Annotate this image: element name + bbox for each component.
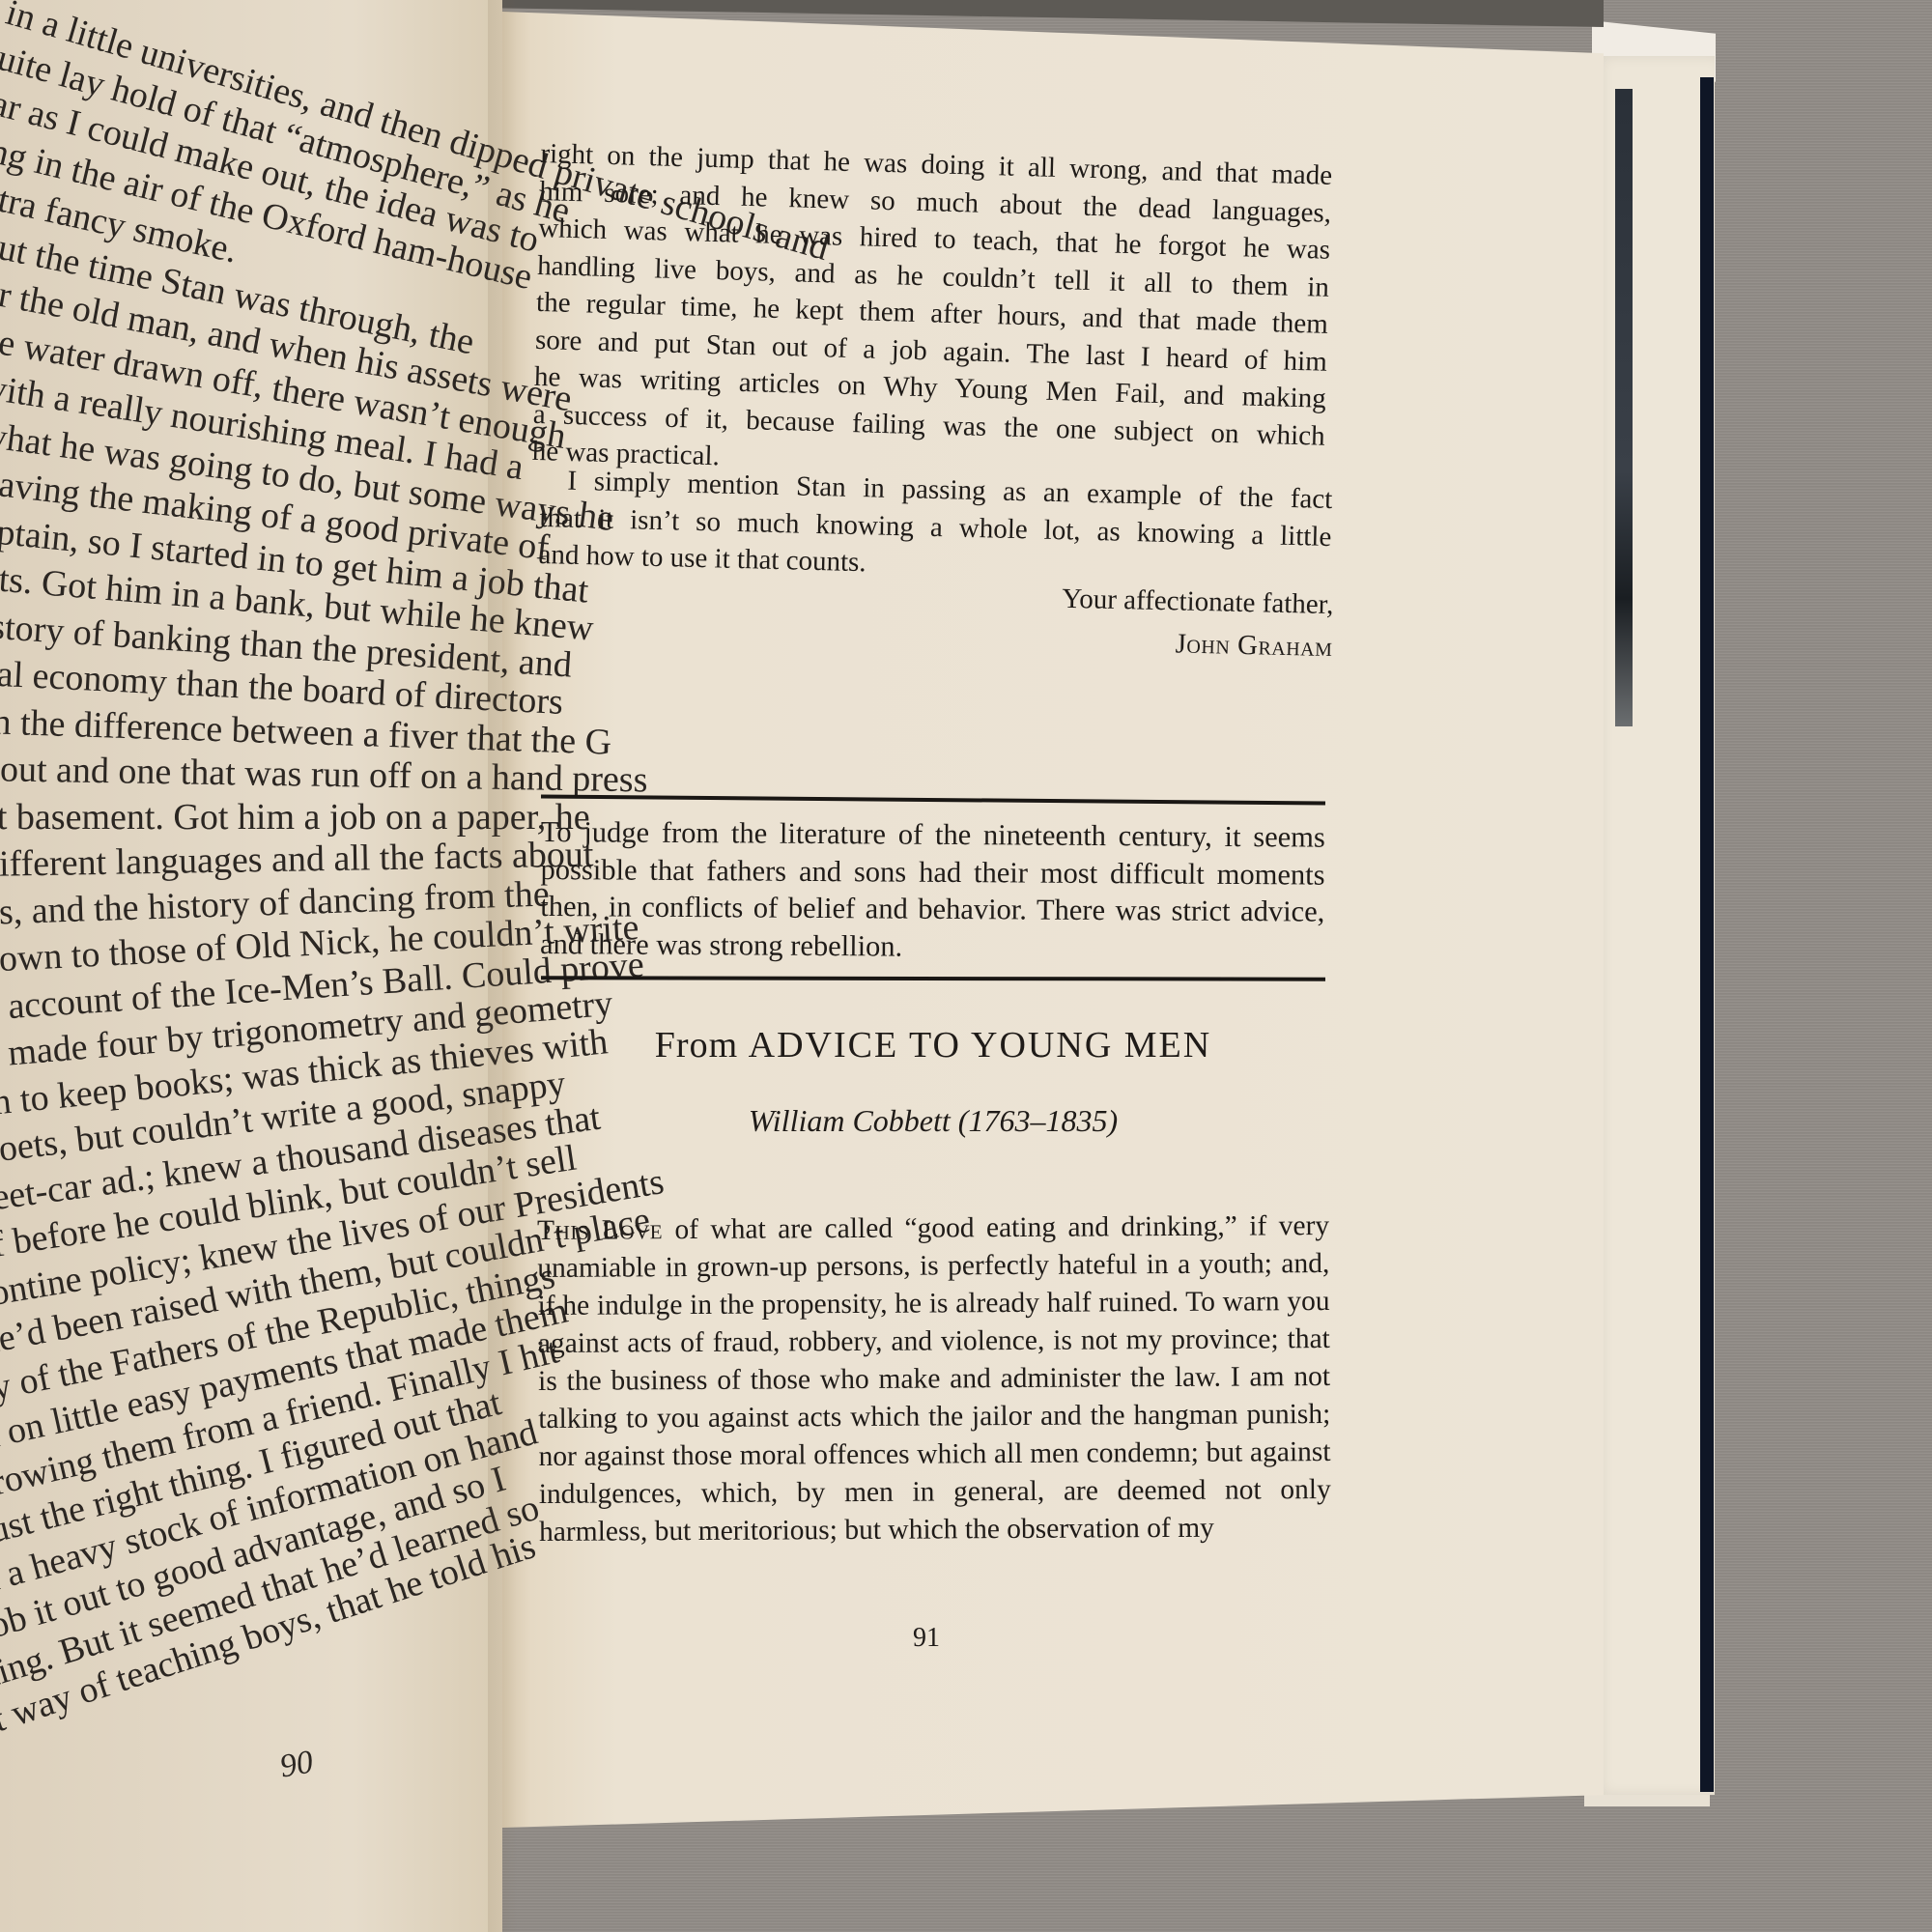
section-title-main: ADVICE TO YOUNG MEN: [749, 1025, 1212, 1065]
body-paragraph: of what are called “good eating and drin…: [537, 1210, 1331, 1548]
dust-jacket-flap: [1594, 56, 1715, 1795]
dust-jacket-photo-strip: [1615, 89, 1633, 726]
body-text: This Love of what are called “good eatin…: [537, 1207, 1331, 1551]
left-page: ŭ in a little universities, and then dip…: [0, 0, 502, 1932]
letter-signoff-block: Your affectionate father, John Graham: [984, 576, 1334, 668]
section-title: From ADVICE TO YOUNG MEN: [541, 1024, 1325, 1066]
author-byline: William Cobbett (1763–1835): [541, 1103, 1325, 1139]
body-lead-smallcaps: This Love: [537, 1214, 663, 1246]
letter-continuation: right on the jump that he was doing it a…: [531, 135, 1332, 492]
cover-board-edge: [1700, 77, 1714, 1792]
section-title-prefix: From: [655, 1025, 738, 1065]
gutter-shadow: [488, 0, 517, 1932]
page-number-left: 90: [277, 1744, 316, 1785]
signature: John Graham: [984, 618, 1333, 668]
editorial-intro: To judge from the literature of the nine…: [540, 813, 1325, 968]
page-number-right: 91: [913, 1623, 940, 1654]
letter-closing-paragraph: I simply mention Stan in passing as an e…: [538, 462, 1333, 592]
